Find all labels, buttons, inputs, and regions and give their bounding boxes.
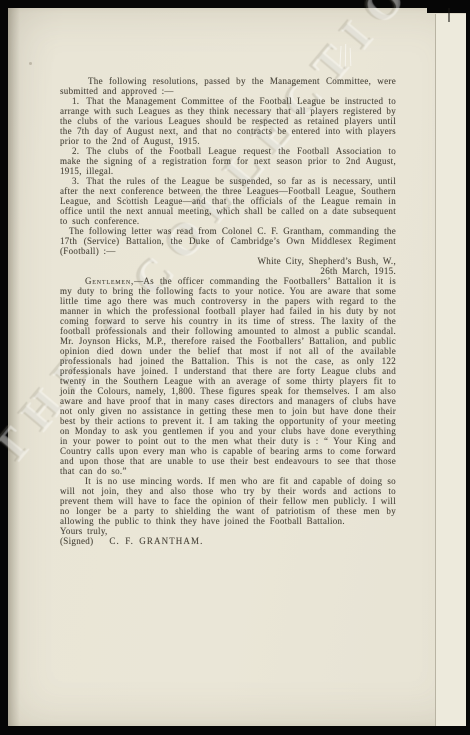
resolution-text: The clubs of the Football League request… xyxy=(60,146,396,176)
letter-date: 26th March, 1915. xyxy=(60,266,396,276)
resolution-2: 2.The clubs of the Football League reque… xyxy=(60,146,396,176)
letter-body-paragraph-2: It is no use mincing words. If men who a… xyxy=(60,476,396,526)
resolution-text: That the rules of the League be suspende… xyxy=(60,176,396,226)
paper-scratch xyxy=(350,48,352,66)
resolution-number: 3. xyxy=(72,176,79,186)
signature-name: C. F. GRANTHAM. xyxy=(109,536,203,546)
letter-body-text: —As the officer commanding the Footballe… xyxy=(60,276,396,476)
letter-intro: The following letter was read from Colon… xyxy=(60,226,396,256)
letter-body-paragraph-1: Gentlemen,—As the officer commanding the… xyxy=(60,276,396,476)
page-edge-strip xyxy=(435,14,466,726)
paper-speck xyxy=(29,62,32,65)
page-content: The following resolutions, passed by the… xyxy=(60,76,396,546)
letter-address: White City, Shepherd’s Bush, W., xyxy=(60,256,396,266)
scanned-page: THE • COLLECTION The following resolutio… xyxy=(8,8,466,726)
resolution-text: That the Management Committee of the Foo… xyxy=(60,96,396,146)
resolution-3: 3.That the rules of the League be suspen… xyxy=(60,176,396,226)
letter-valediction: Yours truly, xyxy=(60,526,396,536)
corner-notch xyxy=(427,8,466,13)
letter-signature-line: (Signed)C. F. GRANTHAM. xyxy=(60,536,396,546)
resolution-number: 1. xyxy=(72,96,79,106)
resolution-number: 2. xyxy=(72,146,79,156)
letter-salutation: Gentlemen, xyxy=(85,276,134,286)
corner-crease xyxy=(448,8,450,22)
paper-scratch xyxy=(345,44,346,68)
resolutions-intro: The following resolutions, passed by the… xyxy=(60,76,396,96)
resolution-1: 1.That the Management Committee of the F… xyxy=(60,96,396,146)
binding-gutter-shadow xyxy=(8,8,20,726)
signed-label: (Signed) xyxy=(60,536,93,546)
paper-scratch xyxy=(339,46,341,66)
